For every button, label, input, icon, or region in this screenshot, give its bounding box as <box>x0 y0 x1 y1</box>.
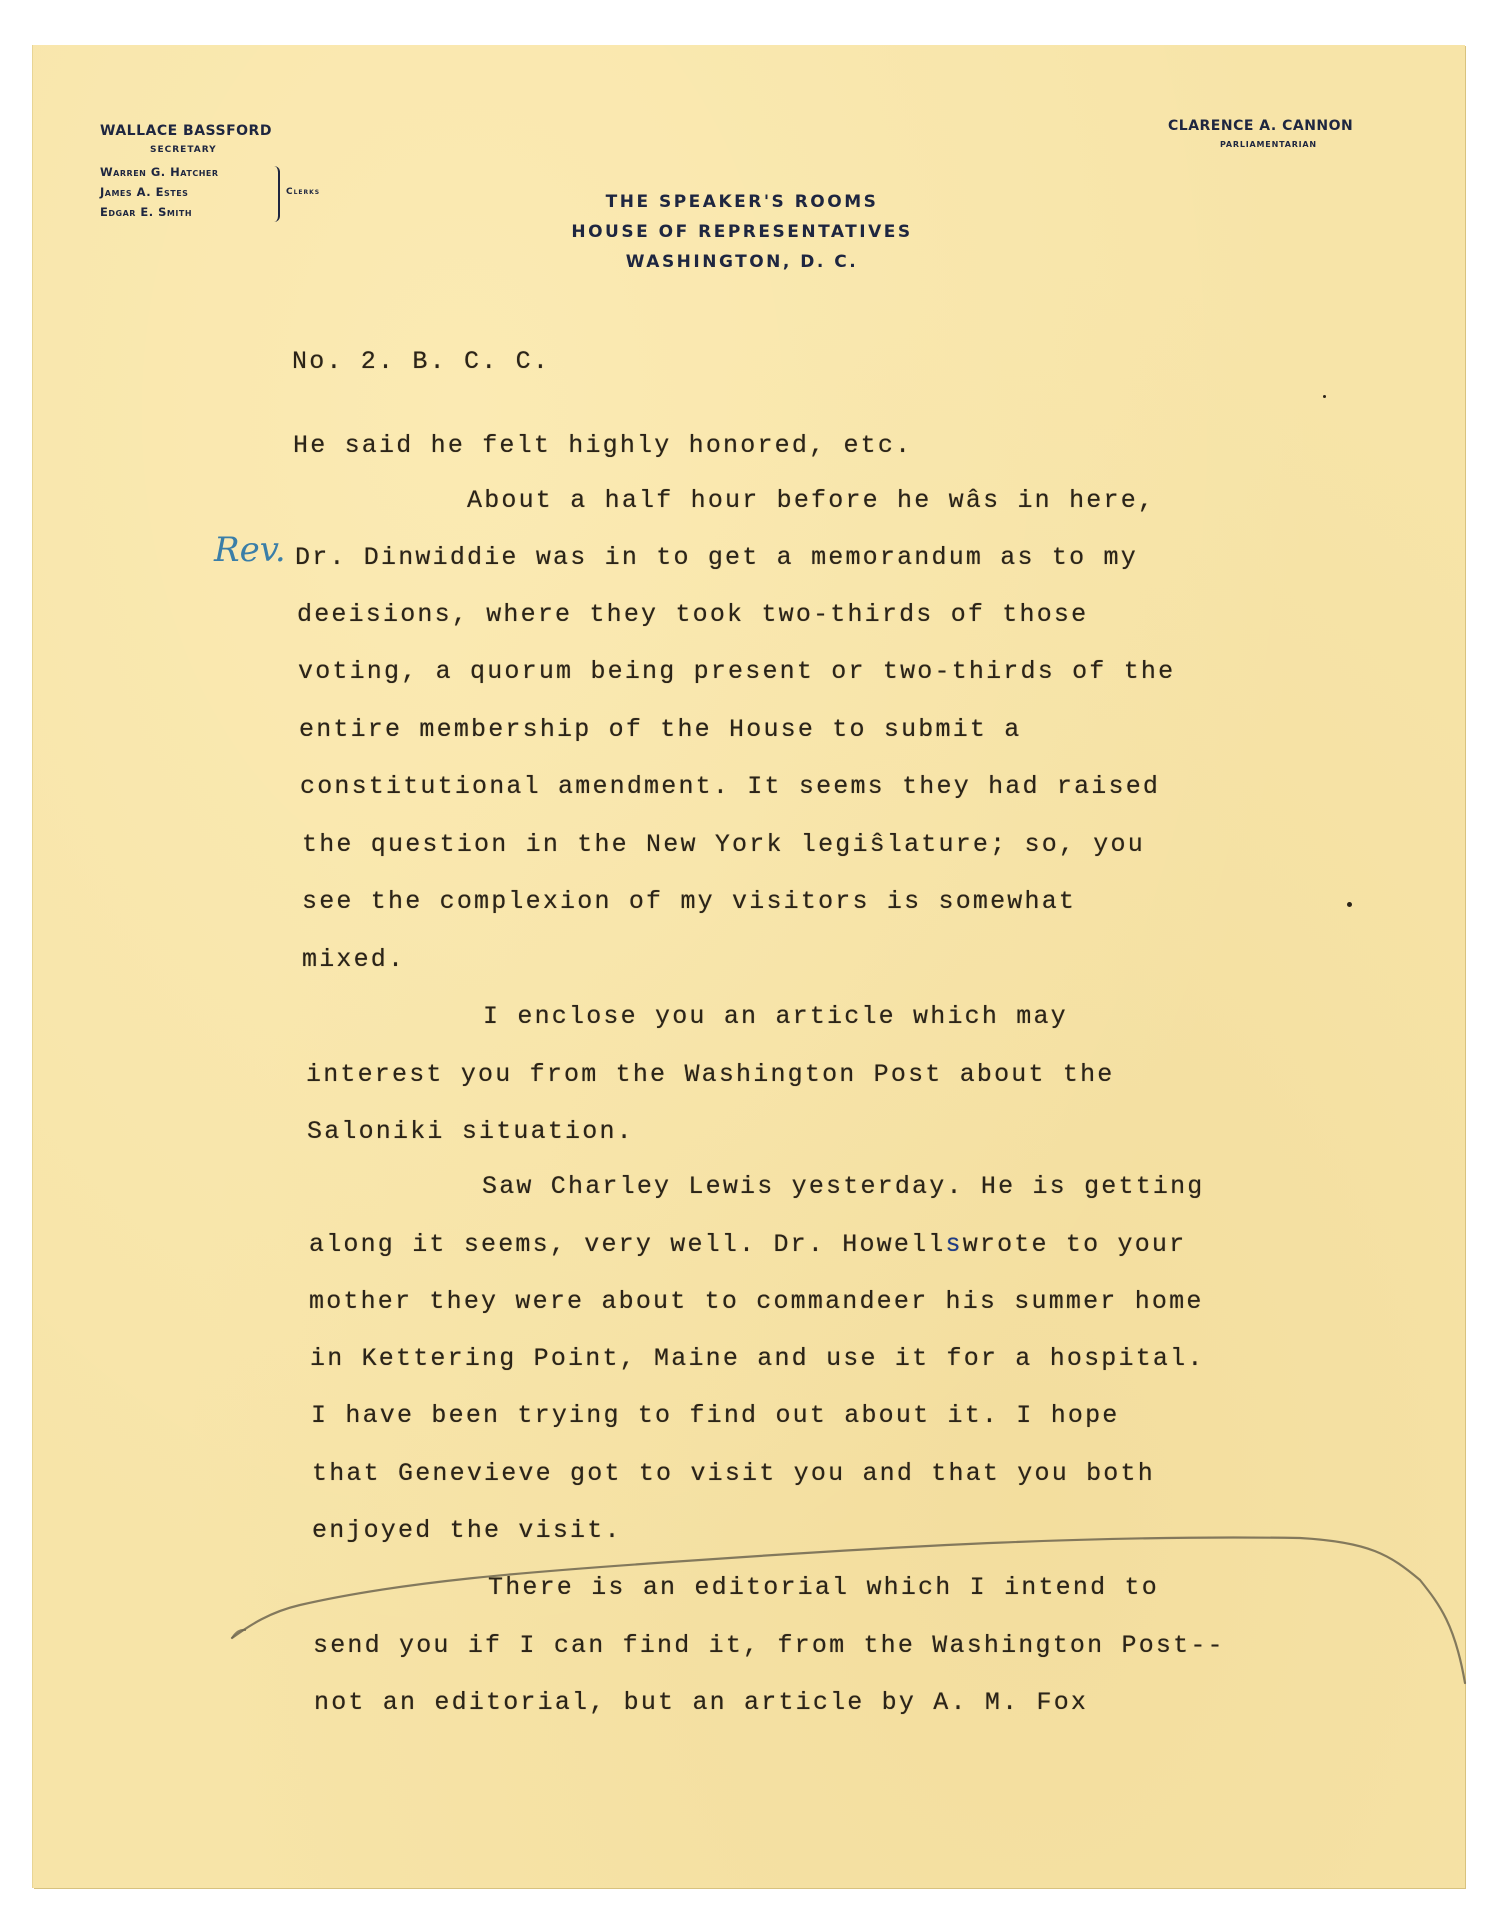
pencil-mark <box>0 0 1500 1918</box>
